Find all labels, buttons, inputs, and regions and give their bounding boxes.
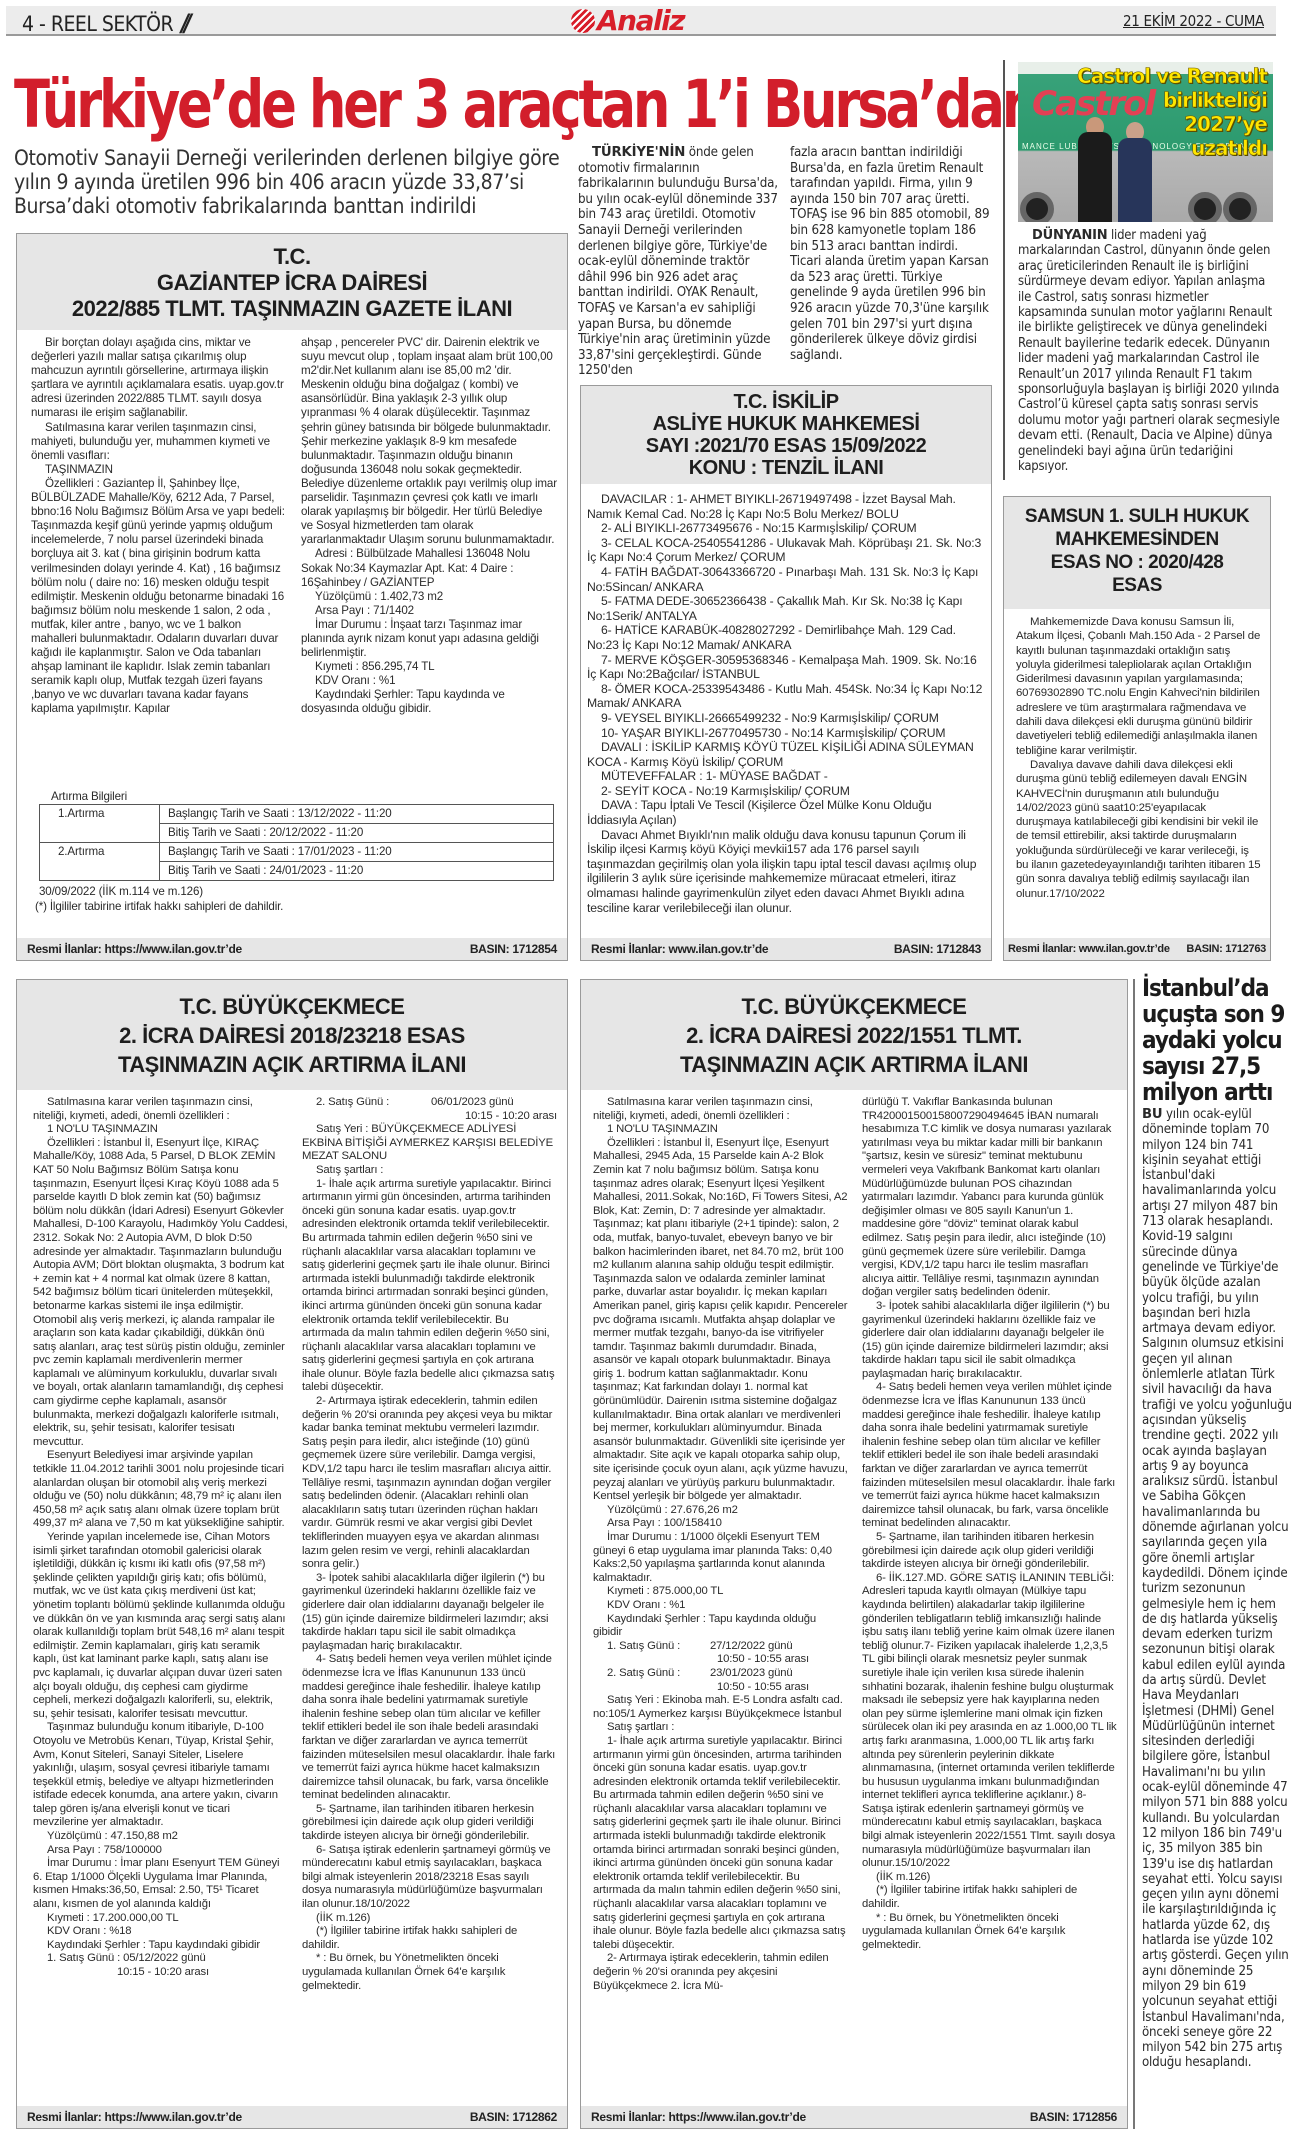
notice-gaziantep: T.C. GAZİANTEP İCRA DAİRESİ 2022/885 TLM…	[16, 233, 568, 961]
official-notices-link[interactable]: Resmi İlanlar: https://www.ilan.gov.tr’d…	[591, 2110, 806, 2124]
auction-table: 1.ArtırmaBaşlangıç Tarih ve Saati : 13/1…	[39, 804, 554, 881]
masthead: 4 - REEL SEKTÖR// Analiz 21 EKİM 2022 - …	[6, 6, 1276, 36]
official-notices-link[interactable]: Resmi İlanlar: https://www.ilan.gov.tr’d…	[27, 942, 242, 956]
notice-iskilip: T.C. İSKİLİP ASLİYE HUKUK MAHKEMESİ SAYI…	[580, 385, 992, 961]
notice-title: T.C. GAZİANTEP İCRA DAİRESİ 2022/885 TLM…	[17, 234, 567, 330]
press-id: BASIN: 1712862	[470, 2110, 557, 2124]
notice-col1: Bir borçtan dolayı aşağıda cins, miktar …	[31, 336, 287, 717]
notice-buyukcekmece-2018: T.C. BÜYÜKÇEKMECE 2. İCRA DAİRESİ 2018/2…	[16, 979, 568, 2129]
notice-title: T.C. BÜYÜKÇEKMECE 2. İCRA DAİRESİ 2022/1…	[581, 980, 1127, 1090]
press-id: BASIN: 1712763	[1186, 943, 1266, 955]
table-row: 1.ArtırmaBaşlangıç Tarih ve Saati : 13/1…	[40, 805, 554, 824]
notice-footer: Resmi İlanlar: https://www.ilan.gov.tr’d…	[17, 938, 567, 960]
notice-footer: Resmi İlanlar: www.ilan.gov.tr’de BASIN:…	[1004, 938, 1270, 960]
castrol-story-body: DÜNYANIN lider madeni yağ markalarından …	[1018, 228, 1280, 475]
press-id: BASIN: 1712856	[1030, 2110, 1117, 2124]
press-id: BASIN: 1712843	[894, 942, 981, 956]
double-slash-icon: //	[181, 9, 187, 37]
main-story-col1: TÜRKİYE'NİN önde gelen otomotiv firmalar…	[578, 145, 778, 379]
notice-footer: Resmi İlanlar: https://www.ilan.gov.tr’d…	[17, 2106, 567, 2128]
notice-title: T.C. İSKİLİP ASLİYE HUKUK MAHKEMESİ SAYI…	[581, 386, 991, 484]
notice-col1: Satılmasına karar verilen taşınmazın cin…	[593, 1096, 848, 1993]
newspaper-logo[interactable]: Analiz	[571, 6, 684, 36]
photo-overlay-title: Castrol ve Renault birlikteliği 2027’ye …	[1077, 64, 1267, 160]
istanbul-story: İstanbul’da uçuşta son 9 aydaki yolcu sa…	[1142, 975, 1292, 2071]
main-story-col2: fazla aracın banttan indirildiği Bursa'd…	[790, 145, 990, 363]
notice-footer: Resmi İlanlar: https://www.ilan.gov.tr’d…	[581, 2106, 1127, 2128]
main-headline: Türkiye’de her 3 araçtan 1’i Bursa’dan	[14, 68, 1036, 142]
notice-title: T.C. BÜYÜKÇEKMECE 2. İCRA DAİRESİ 2018/2…	[17, 980, 567, 1090]
istanbul-headline: İstanbul’da uçuşta son 9 aydaki yolcu sa…	[1142, 975, 1292, 1105]
auction-info-label: Artırma Bilgileri	[27, 790, 557, 804]
notice-title: SAMSUN 1. SULH HUKUK MAHKEMESİNDEN ESAS …	[1004, 497, 1270, 609]
press-id: BASIN: 1712854	[470, 942, 557, 956]
column-divider	[1003, 60, 1005, 480]
notice-footer: Resmi İlanlar: www.ilan.gov.tr’de BASIN:…	[581, 938, 991, 960]
logo-swirl-icon	[571, 9, 595, 33]
notice-col1: Satılmasına karar verilen taşınmazın cin…	[33, 1096, 288, 1993]
notice-col2: dürlüğü T. Vakıflar Bankasında bulunan T…	[862, 1096, 1117, 1993]
notice-body: DAVACILAR : 1- AHMET BIYIKLI-26719497498…	[581, 484, 991, 915]
official-notices-link[interactable]: Resmi İlanlar: https://www.ilan.gov.tr’d…	[27, 2110, 242, 2124]
istanbul-story-body: BU yılın ocak-eylül döneminde toplam 70 …	[1142, 1107, 1292, 2071]
official-notices-link[interactable]: Resmi İlanlar: www.ilan.gov.tr’de	[1008, 943, 1170, 955]
notice-col2: 2. Satış Günü : 06/01/2023 günü 10:15 - …	[302, 1096, 557, 1993]
notice-buyukcekmece-2022: T.C. BÜYÜKÇEKMECE 2. İCRA DAİRESİ 2022/1…	[580, 979, 1128, 2129]
notice-col2: ahşap , pencereler PVC' dir. Dairenin el…	[301, 336, 557, 717]
notice-samsun: SAMSUN 1. SULH HUKUK MAHKEMESİNDEN ESAS …	[1003, 496, 1271, 961]
table-row: 2.ArtırmaBaşlangıç Tarih ve Saati : 17/0…	[40, 843, 554, 862]
official-notices-link[interactable]: Resmi İlanlar: www.ilan.gov.tr’de	[591, 942, 768, 956]
notice-body: Mahkememizde Dava konusu Samsun İli, Ata…	[1004, 609, 1270, 901]
column-divider	[1133, 979, 1135, 2129]
issue-date: 21 EKİM 2022 - CUMA	[1123, 12, 1264, 30]
castrol-renault-photo: Castrol MANCE LUBRICANTS · TEC-NOLOGY FO…	[1018, 62, 1273, 222]
section-label: 4 - REEL SEKTÖR//	[22, 9, 187, 37]
main-subheadline: Otomotiv Sanayii Derneği verilerinden de…	[14, 146, 594, 218]
